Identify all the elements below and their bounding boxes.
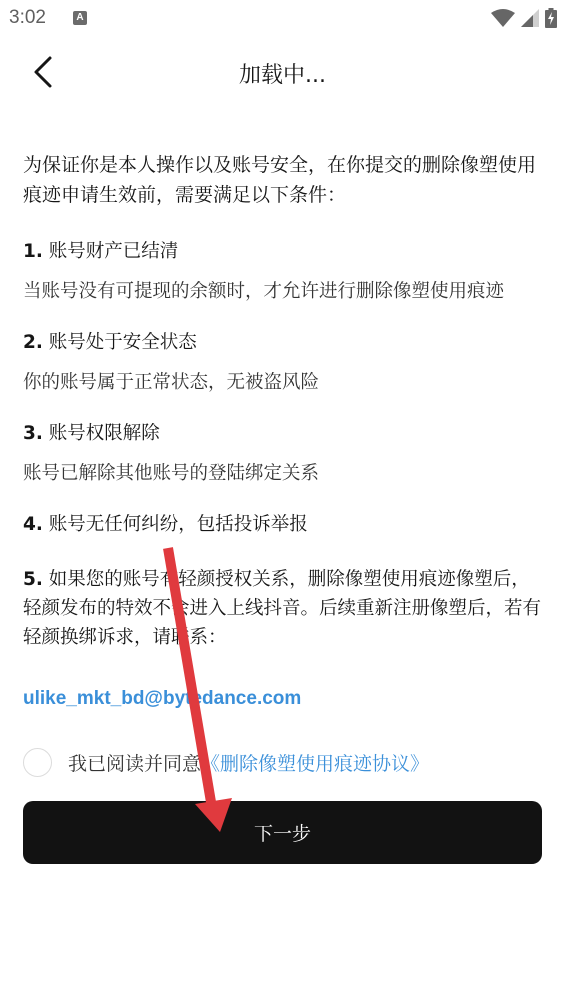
- conditions-content: 为保证你是本人操作以及账号安全，在你提交的删除像塑使用痕迹申请生效前，需要满足以…: [23, 150, 548, 652]
- item-title: 账号权限解除: [49, 423, 160, 444]
- condition-item-4: 4. 账号无任何纠纷，包括投诉举报: [23, 511, 548, 539]
- item-title: 如果您的账号有轻颜授权关系，删除像塑使用痕迹像塑后，轻颜发布的特效不会进入上线抖…: [23, 569, 541, 648]
- notification-app-icon: A: [73, 11, 87, 25]
- agreement-link[interactable]: 《删除像塑使用痕迹协议》: [201, 749, 429, 776]
- item-desc: 账号已解除其他账号的登陆绑定关系: [23, 459, 548, 489]
- nav-bar: 加载中...: [0, 40, 565, 106]
- item-number: 3.: [23, 423, 43, 444]
- signal-icon: [521, 9, 539, 27]
- battery-charging-icon: [545, 8, 557, 28]
- item-desc: 你的账号属于正常状态，无被盗风险: [23, 368, 548, 398]
- intro-text: 为保证你是本人操作以及账号安全，在你提交的删除像塑使用痕迹申请生效前，需要满足以…: [23, 150, 548, 210]
- agreement-checkbox[interactable]: [23, 748, 52, 777]
- item-number: 5.: [23, 569, 43, 590]
- item-number: 2.: [23, 332, 43, 353]
- item-number: 4.: [23, 514, 43, 535]
- condition-item-3: 3. 账号权限解除 账号已解除其他账号的登陆绑定关系: [23, 420, 548, 489]
- item-title: 账号处于安全状态: [49, 332, 197, 353]
- agreement-text: 我已阅读并同意: [68, 749, 201, 776]
- contact-email-link[interactable]: ulike_mkt_bd@bytedance.com: [23, 688, 301, 710]
- page-title: 加载中...: [0, 58, 565, 89]
- status-icons: [491, 8, 557, 28]
- next-step-button[interactable]: 下一步: [23, 801, 542, 864]
- item-number: 1.: [23, 241, 43, 262]
- status-bar: 3:02 A: [0, 0, 565, 38]
- agreement-row: 我已阅读并同意 《删除像塑使用痕迹协议》: [23, 746, 429, 778]
- item-title: 账号财产已结清: [49, 241, 179, 262]
- condition-item-1: 1. 账号财产已结清 当账号没有可提现的余额时，才允许进行删除像塑使用痕迹: [23, 238, 548, 307]
- wifi-icon: [491, 9, 515, 27]
- condition-item-2: 2. 账号处于安全状态 你的账号属于正常状态，无被盗风险: [23, 329, 548, 398]
- item-desc: 当账号没有可提现的余额时，才允许进行删除像塑使用痕迹: [23, 277, 548, 307]
- condition-item-5: 5. 如果您的账号有轻颜授权关系，删除像塑使用痕迹像塑后，轻颜发布的特效不会进入…: [23, 565, 548, 652]
- item-title: 账号无任何纠纷，包括投诉举报: [49, 514, 308, 535]
- status-time: 3:02: [9, 7, 46, 29]
